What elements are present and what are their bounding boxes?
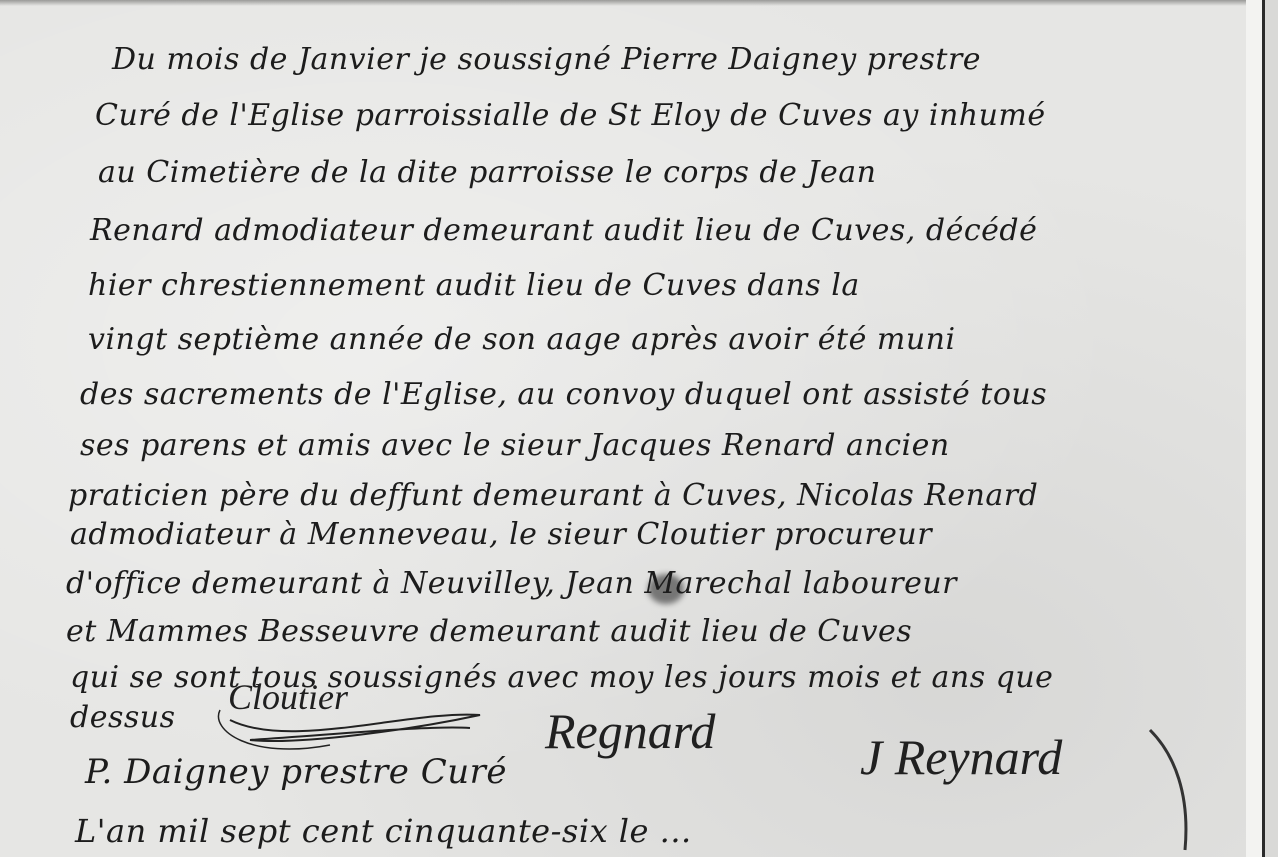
next-entry-line: L'an mil sept cent cinquante-six le ... xyxy=(75,812,692,850)
text-line-1: Du mois de Janvier je soussigné Pierre D… xyxy=(112,42,981,77)
text-line-12: et Mammes Besseuvre demeurant audit lieu… xyxy=(66,614,912,649)
text-line-14: dessus xyxy=(70,700,175,735)
text-line-2: Curé de l'Eglise parroissialle de St Elo… xyxy=(95,98,1046,133)
ink-blot xyxy=(648,574,684,604)
page-edge xyxy=(1246,0,1262,857)
text-line-7: des sacrements de l'Eglise, au convoy du… xyxy=(80,377,1047,412)
signature-reynard: J Reynard xyxy=(860,728,1062,786)
signature-regnard: Regnard xyxy=(545,702,715,760)
text-line-9: praticien père du deffunt demeurant à Cu… xyxy=(68,478,1038,513)
register-page: Du mois de Janvier je soussigné Pierre D… xyxy=(0,0,1265,857)
text-line-3: au Cimetière de la dite parroisse le cor… xyxy=(98,155,876,190)
signature-reynard-flourish xyxy=(1135,725,1215,855)
signature-cure: P. Daigney prestre Curé xyxy=(85,752,507,792)
page-top-shadow xyxy=(0,0,1262,6)
text-line-11: d'office demeurant à Neuvilley, Jean Mar… xyxy=(66,566,957,601)
text-line-10: admodiateur à Menneveau, le sieur Clouti… xyxy=(70,517,932,552)
text-line-8: ses parens et amis avec le sieur Jacques… xyxy=(80,428,950,463)
text-line-4: Renard admodiateur demeurant audit lieu … xyxy=(90,213,1037,248)
text-line-6: vingt septième année de son aage après a… xyxy=(88,322,956,357)
text-line-5: hier chrestiennement audit lieu de Cuves… xyxy=(88,268,860,303)
